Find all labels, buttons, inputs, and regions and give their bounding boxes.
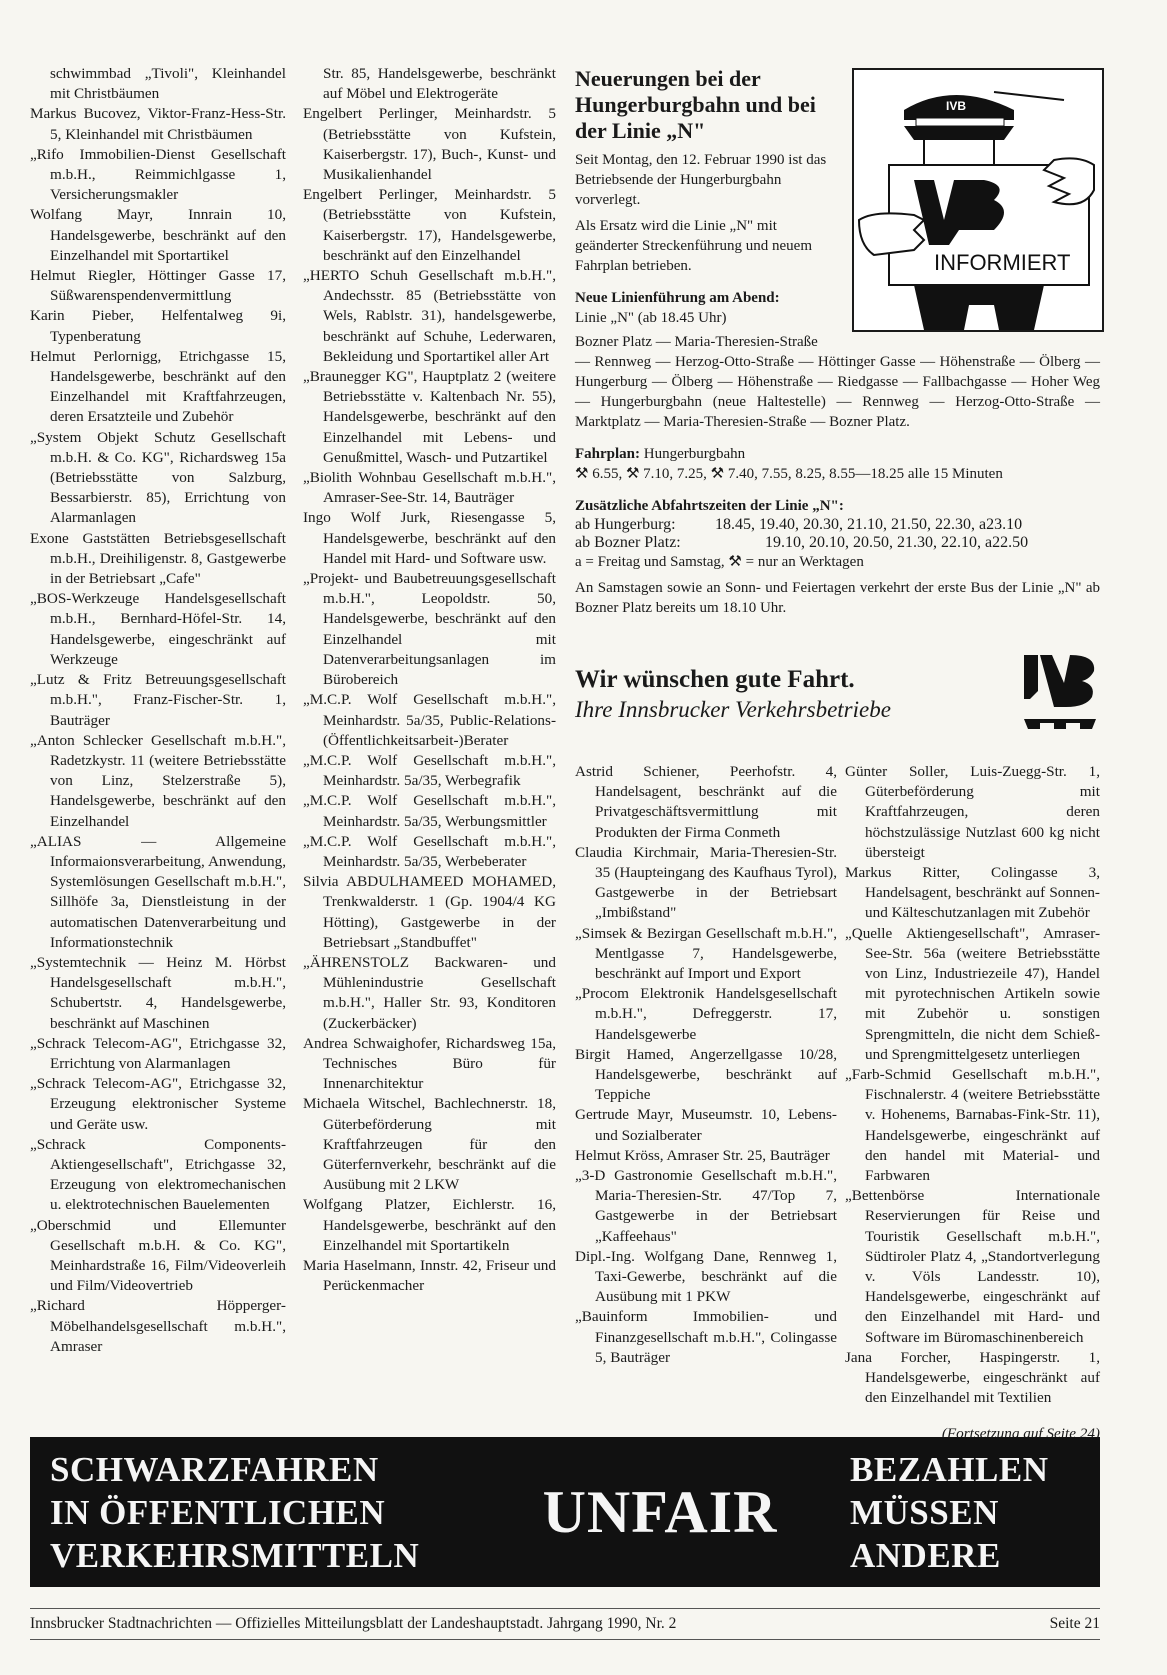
list-item: Helmut Perlornigg, Etrichgasse 15, Hande…	[30, 347, 286, 428]
list-item: Gertrude Mayr, Museumstr. 10, Lebens- un…	[575, 1105, 837, 1145]
list-item: Jana Forcher, Haspingerstr. 1, Handelsge…	[845, 1348, 1100, 1409]
list-item: Markus Ritter, Colingasse 3, Handelsagen…	[845, 863, 1100, 924]
svg-text:INFORMIERT: INFORMIERT	[934, 250, 1070, 275]
list-item: Günter Soller, Luis-Zuegg-Str. 1, Güterb…	[845, 762, 1100, 863]
svg-text:IVB: IVB	[946, 99, 966, 113]
list-item: „HERTO Schuh Gesellschaft m.b.H.", Andec…	[303, 266, 556, 367]
list-item: Str. 85, Handelsgewerbe, beschränkt auf …	[303, 64, 556, 104]
signoff: Wir wünschen gute Fahrt. Ihre Innsbrucke…	[575, 665, 1100, 745]
route-description: — Rennweg — Herzog-Otto-Straße — Hötting…	[575, 352, 1100, 432]
legend: a = Freitag und Samstag, ⚒ = nur an Werk…	[575, 552, 1100, 572]
page-footer: Innsbrucker Stadtnachrichten — Offiziell…	[30, 1608, 1100, 1640]
list-item: Claudia Kirchmair, Maria-Theresien-Str. …	[575, 843, 837, 924]
list-item: „ALIAS — Allgemeine Informaionsverarbeit…	[30, 832, 286, 953]
list-item: „M.C.P. Wolf Gesellschaft m.b.H.", Meinh…	[303, 832, 556, 872]
notice-intro-2: Als Ersatz wird die Linie „N" mit geände…	[575, 216, 837, 276]
list-item: „Oberschmid und Ellemunter Gesellschaft …	[30, 1216, 286, 1297]
route-start: Bozner Platz — Maria-Theresien-Straße	[575, 332, 837, 352]
column-1: schwimmbad „Tivoli", Kleinhandel mit Chr…	[30, 64, 286, 1357]
list-item: „M.C.P. Wolf Gesellschaft m.b.H.", Meinh…	[303, 690, 556, 751]
list-item: Wolfgang Platzer, Eichlerstr. 16, Handel…	[303, 1195, 556, 1256]
list-item: Michaela Witschel, Bachlechnerstr. 18, G…	[303, 1094, 556, 1195]
banner-left: SCHWARZFAHREN IN ÖFFENTLICHEN VERKEHRSMI…	[50, 1448, 490, 1577]
list-item: Karin Pieber, Helfentalweg 9i, Typenbera…	[30, 306, 286, 346]
list-item: Silvia ABDULHAMEED MOHAMED, Trenkwalders…	[303, 872, 556, 953]
list-item: „Rifo Immobilien-Dienst Gesellschaft m.b…	[30, 145, 286, 206]
list-item: Helmut Kröss, Amraser Str. 25, Bauträger	[575, 1146, 837, 1166]
list-item: „3-D Gastronomie Gesellschaft m.b.H.", M…	[575, 1166, 837, 1247]
list-item: Maria Haselmann, Innstr. 42, Friseur und…	[303, 1256, 556, 1296]
list-item: „Bettenbörse Internationale Reservierung…	[845, 1186, 1100, 1348]
list-item: „Lutz & Fritz Betreuungsgesellschaft m.b…	[30, 670, 286, 731]
list-item: Birgit Hamed, Angerzellgasse 10/28, Hand…	[575, 1045, 837, 1106]
column-4: Günter Soller, Luis-Zuegg-Str. 1, Güterb…	[845, 762, 1100, 1459]
extra-departures-heading: Zusätzliche Abfahrtszeiten der Linie „N"…	[575, 496, 1100, 516]
list-item: Ingo Wolf Jurk, Riesengasse 5, Handelsge…	[303, 508, 556, 569]
departure-row: ab Bozner Platz: 19.10, 20.10, 20.50, 21…	[575, 534, 1100, 552]
banner-right: BEZAHLEN MÜSSEN ANDERE	[850, 1448, 1049, 1577]
list-item: „Schrack Telecom-AG", Etrichgasse 32, Er…	[30, 1034, 286, 1074]
fare-dodging-banner: SCHWARZFAHREN IN ÖFFENTLICHEN VERKEHRSMI…	[30, 1437, 1100, 1587]
list-item: „System Objekt Schutz Gesellschaft m.b.H…	[30, 428, 286, 529]
list-item: „M.C.P. Wolf Gesellschaft m.b.H.", Meinh…	[303, 791, 556, 831]
conductor-illustration-icon: IVB INFORMIERT	[854, 70, 1102, 330]
list-item: Engelbert Perlinger, Meinhardstr. 5 (Bet…	[303, 185, 556, 266]
list-item: „Schrack Telecom-AG", Etrichgasse 32, Er…	[30, 1074, 286, 1135]
list-item: „Anton Schlecker Gesellschaft m.b.H.", R…	[30, 731, 286, 832]
weekend-note: An Samstagen sowie an Sonn- und Feiertag…	[575, 578, 1100, 618]
column-3: Astrid Schiener, Peerhofstr. 4, Handelsa…	[575, 762, 837, 1368]
banner-middle: UNFAIR	[490, 1478, 830, 1547]
list-item: Markus Bucovez, Viktor-Franz-Hess-Str. 5…	[30, 104, 286, 144]
timetable-times: ⚒ 6.55, ⚒ 7.10, 7.25, ⚒ 7.40, 7.55, 8.25…	[575, 466, 1003, 482]
publication-line: Innsbrucker Stadtnachrichten — Offiziell…	[30, 1615, 676, 1633]
list-item: „Biolith Wohnbau Gesellschaft m.b.H.", A…	[303, 468, 556, 508]
list-item: „Projekt- und Baubetreuungsgesellschaft …	[303, 569, 556, 690]
list-item: „ÄHRENSTOLZ Backwaren- und Mühlenindustr…	[303, 953, 556, 1034]
list-item: Dipl.-Ing. Wolfgang Dane, Rennweg 1, Tax…	[575, 1247, 837, 1308]
list-item: „M.C.P. Wolf Gesellschaft m.b.H.", Meinh…	[303, 751, 556, 791]
list-item: „Schrack Components-Aktiengesellschaft",…	[30, 1135, 286, 1216]
ivb-informiert-cartoon: IVB INFORMIERT	[852, 68, 1104, 332]
list-item: „Braunegger KG", Hauptplatz 2 (weitere B…	[303, 367, 556, 468]
list-item: Exone Gaststätten Betriebsgesellschaft m…	[30, 529, 286, 590]
column-2: Str. 85, Handelsgewerbe, beschränkt auf …	[303, 64, 556, 1296]
notice-headline: Neuerungen bei der Hungerburgbahn und be…	[575, 66, 835, 144]
list-item: schwimmbad „Tivoli", Kleinhandel mit Chr…	[30, 64, 286, 104]
timetable-label: Fahrplan:	[575, 446, 640, 462]
list-item: „Bauinform Immobilien- und Finanzgesells…	[575, 1307, 837, 1368]
notice-intro: Seit Montag, den 12. Februar 1990 ist da…	[575, 150, 837, 210]
list-item: „Systemtechnik — Heinz M. Hörbst Handels…	[30, 953, 286, 1034]
list-item: „Procom Elektronik Handelsgesellschaft m…	[575, 984, 837, 1045]
list-item: „Richard Höpperger-Möbelhandelsgesellsch…	[30, 1296, 286, 1357]
timetable-name: Hungerburgbahn	[644, 446, 745, 462]
list-item: Wolfang Mayr, Innrain 10, Handelsgewerbe…	[30, 205, 286, 266]
list-item: Engelbert Perlinger, Meinhardstr. 5 (Bet…	[303, 104, 556, 185]
page-number: Seite 21	[1050, 1615, 1100, 1633]
departure-row: ab Hungerburg: 18.45, 19.40, 20.30, 21.1…	[575, 516, 1100, 534]
list-item: „Quelle Aktiengesellschaft", Amraser-See…	[845, 924, 1100, 1065]
list-item: „Farb-Schmid Gesellschaft m.b.H.", Fisch…	[845, 1065, 1100, 1186]
list-item: Andrea Schwaighofer, Richardsweg 15a, Te…	[303, 1034, 556, 1095]
list-item: „BOS-Werkzeuge Handelsgesellschaft m.b.H…	[30, 589, 286, 670]
route-line: Linie „N" (ab 18.45 Uhr)	[575, 310, 727, 326]
list-item: „Simsek & Bezirgan Gesellschaft m.b.H.",…	[575, 924, 837, 985]
route-heading: Neue Linienführung am Abend:	[575, 290, 780, 306]
list-item: Helmut Riegler, Höttinger Gasse 17, Süßw…	[30, 266, 286, 306]
list-item: Astrid Schiener, Peerhofstr. 4, Handelsa…	[575, 762, 837, 843]
ivb-logo-icon	[1020, 651, 1100, 741]
